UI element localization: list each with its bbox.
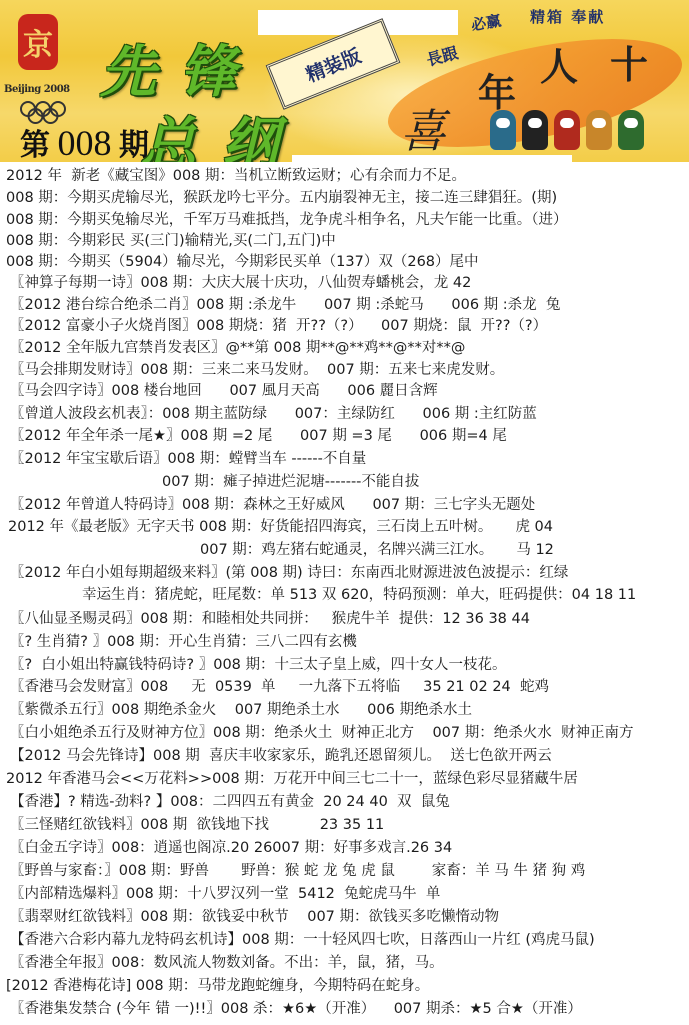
text-line: 〖2012 年宝宝歇后语〗008 期：螳臂当车 ------不自量 [10,450,366,468]
text-line: 〖马会排期发财诗〗008 期：三来二来马发财。 007 期：五来七来虎发财。 [10,361,504,379]
text-line: 〖内部精选爆料〗008 期：十八罗汉列一堂 5412 兔蛇虎马牛 单 [10,885,440,903]
slogan-offer: 精箱 奉献 [530,6,605,27]
text-line: 008 期：今期买兔输尽光，千军万马难抵挡，龙争虎斗相争名，凡夫乍能一比重。（进… [6,211,568,229]
title-char-2: 锋 [180,28,236,108]
fuwa-mascots [490,110,644,150]
text-line: [2012 香港梅花诗] 008 期：马带龙跑蛇缠身，今期特码在蛇身。 [6,977,429,995]
mascot-icon [586,110,612,150]
text-line: 2012 年 新老《藏宝图》008 期：当机立断致运财；心有余而力不足。 [6,167,466,185]
text-line: 〖2012 年白小姐每期超级来料〗(第 008 期) 诗曰：东南西北财源进波色波… [10,564,568,582]
issue-number-value: 008 [58,123,112,162]
text-line: 〖三怪赌红欲钱料〗008 期 欲钱地下找 23 35 11 [10,816,384,834]
text-line: 〖白小姐绝杀五行及财神方位〗008 期：绝杀火土 财神正北方 007 期：绝杀火… [10,724,633,742]
mascot-icon [618,110,644,150]
text-line: 〖紫微杀五行〗008 期绝杀金火 007 期绝杀土水 006 期绝杀水土 [10,701,472,719]
banner-word-1: 年 [478,62,516,117]
text-line: 〖白金五字诗〗008：逍遥也阁凉.20 26007 期：好事多戏言.26 34 [10,839,452,857]
text-line: 2012 年香港马会<<万花料>>008 期：万花开中间三七二十一，蓝绿色彩尽显… [6,770,578,788]
mascot-icon [554,110,580,150]
text-line: 007 期：鸡左猪右蛇通灵，名牌兴满三江水。 马 12 [200,541,554,559]
text-line: 〖翡翠财红欲钱料〗008 期：欲钱妥中秋节 007 期：欲钱买多吃懒惰动物 [10,908,499,926]
text-line: 2012 年《最老版》无字天书 008 期：好货能招四海宾，三石岗上五叶树。 虎… [8,518,553,536]
banner-word-2: 人 [540,36,578,91]
title-char-4: 纲 [222,100,278,162]
text-line: 〖八仙显圣赐灵码〗008 期：和睦相处共同拼： 猴虎牛羊 提供：12 36 38… [10,610,530,628]
text-line: 〖2012 港台综合绝杀二肖〗008 期 :杀龙牛 007 期 :杀蛇马 006… [10,296,560,314]
beijing-olympic-logo: 京 [18,14,58,70]
text-line: 〖香港集发禁合 (今年 错 一)!!〗008 杀：★6★（开准） 007 期杀：… [10,1000,582,1018]
text-line: 〖曾道人波段玄机表〗：008 期主蓝防绿 007：主绿防红 006 期 :主红防… [10,405,537,423]
text-line: 【2012 马会先锋诗】008 期 喜庆丰收家家乐，跪乳还恩留须儿。 送七色欲开… [10,747,552,765]
text-line: 〖野兽与家畜：〗008 期：野兽 野兽：猴 蛇 龙 兔 虎 鼠 家畜：羊 马 牛… [10,862,585,880]
text-line: 幸运生肖：猪虎蛇，旺尾数：单 513 双 620，特码预测：单大，旺码提供：04… [82,586,636,604]
mascot-icon [490,110,516,150]
text-line: 〖香港马会发财富〗008 无 0539 单 一九落下五将临 35 21 02 2… [10,678,549,696]
logo-caption: Beijing 2008 [4,84,70,95]
text-line: 007 期：瘫子掉进烂泥塘-------不能自拔 [162,473,419,491]
calligraphy-script: 喜 [400,95,446,161]
text-line: 〖? 生肖猜? 〗008 期：开心生肖猜：三八二四有玄機 [10,633,357,651]
text-line: 008 期：今期买（5904）输尽光，今期彩民买单（137）双（268）尾中 [6,253,479,271]
issue-number: 第 008 期 [20,120,149,162]
text-line: 【香港】? 精选-劲料? 】008：二四四五有黄金 20 24 40 双 鼠兔 [10,793,450,811]
text-line: 【香港六合彩内幕九龙特码玄机诗】008 期：一十轻风四七吹，日落西山一片红 (鸡… [10,931,595,949]
banner-word-3: 十 [610,34,648,89]
text-line: 〖? 白小姐出特赢钱特码诗? 〗008 期：十三太子皇上威，四十女人一枝花。 [10,656,507,674]
title-char-1: 先 [100,28,156,108]
text-line: 〖2012 富豪小子火烧肖图〗008 期烧：猪 开??（?） 007 期烧：鼠 … [10,317,547,335]
mascot-icon [522,110,548,150]
text-line: 〖2012 年曾道人特码诗〗008 期：森林之王好威风 007 期：三七字头无题… [10,496,535,514]
text-line: 〖神算子每期一诗〗008 期：大庆大展十庆功，八仙贺寿蟠桃会，龙 42 [10,274,471,292]
text-line: 008 期：今期彩民 买(三门)输精光,买(二门,五门)中 [6,232,336,250]
text-line: 008 期：今期买虎输尽光，猴跃龙吟七平分。五内崩裂神无主，接二连三肆猖狂。(期… [6,189,557,207]
white-mask-bottom [292,155,572,162]
dancing-beijing-emblem-icon: 京 [18,20,58,64]
text-line: 〖马会四字诗〗008 楼台地回 007 風月天高 006 麗日含辉 [10,382,438,400]
text-line: 〖2012 年全年杀一尾★〗008 期 =2 尾 007 期 =3 尾 006 … [10,427,507,445]
text-line: 〖2012 全年版九宫禁肖发表区〗@**第 008 期**@**鸡**@**对*… [10,339,465,357]
text-line: 〖香港全年报〗008：数风流人物数刘备。不出：羊，鼠，猪，马。 [10,954,444,972]
badge-label: 精装版 [302,41,365,87]
title-char-3: 总 [140,100,196,162]
header-banner: 京 Beijing 2008 第 008 期 先 锋 总 纲 精装版 必赢 精箱… [0,0,689,162]
issue-prefix: 第 [20,129,50,162]
